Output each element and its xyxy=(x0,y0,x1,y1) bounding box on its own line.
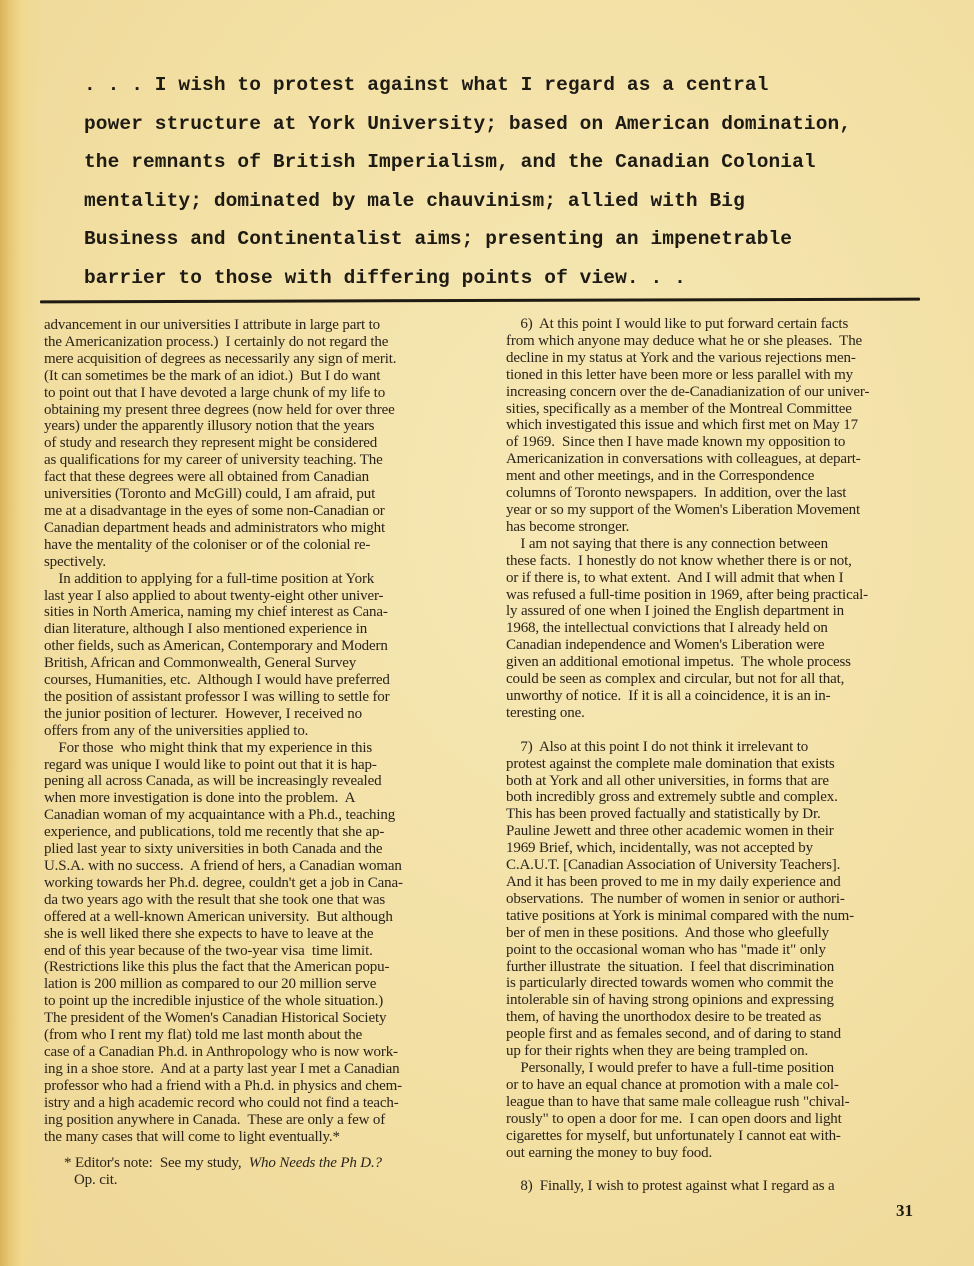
text-line: ing in a shoe store. And at a party last… xyxy=(44,1061,454,1078)
text-line: For those who might think that my experi… xyxy=(44,740,454,757)
text-line: Americanization in conversations with co… xyxy=(506,451,920,468)
text-line: Canadian department heads and administra… xyxy=(44,520,454,537)
footnote-line-1: * Editor's note: See my study, Who Needs… xyxy=(64,1155,454,1172)
text-line: courses, Humanities, etc. Although I wou… xyxy=(44,672,454,689)
text-line: of study and research they represent mig… xyxy=(44,435,454,452)
paragraph-7: 7) Also at this point I do not think it … xyxy=(506,739,920,1162)
paragraph-gap xyxy=(506,1161,920,1178)
text-line: to point up the incredible injustice of … xyxy=(44,993,454,1010)
text-line: of 1969. Since then I have made known my… xyxy=(506,434,920,451)
text-line: universities (Toronto and McGill) could,… xyxy=(44,486,454,503)
text-line: teresting one. xyxy=(506,705,920,722)
horizontal-rule-divider xyxy=(40,298,920,304)
paragraph-8: 8) Finally, I wish to protest against wh… xyxy=(506,1178,920,1195)
text-line: ber of men in these positions. And those… xyxy=(506,925,920,942)
text-line: have the mentality of the coloniser or o… xyxy=(44,537,454,554)
footnote-book-title: Who Needs the Ph D.? xyxy=(249,1155,382,1171)
text-line: when more investigation is done into the… xyxy=(44,790,454,807)
text-line: them, of having the unorthodox desire to… xyxy=(506,1009,920,1026)
text-line: rously" to open a door for me. I can ope… xyxy=(506,1111,920,1128)
footnote-line-2: Op. cit. xyxy=(64,1172,454,1189)
text-line: she is well liked there she expects to h… xyxy=(44,926,454,943)
text-line: pening all across Canada, as will be inc… xyxy=(44,773,454,790)
text-line: 6) At this point I would like to put for… xyxy=(506,316,920,333)
text-line: end of this year because of the two-year… xyxy=(44,943,454,960)
text-line: other fields, such as American, Contempo… xyxy=(44,638,454,655)
pull-quote-line: Business and Continentalist aims; presen… xyxy=(84,220,914,259)
text-line: U.S.A. with no success. A friend of hers… xyxy=(44,858,454,875)
left-column-body: advancement in our universities I attrib… xyxy=(44,317,454,1145)
text-line: out earning the money to buy food. xyxy=(506,1145,920,1162)
text-line: which investigated this issue and which … xyxy=(506,417,920,434)
text-line: or to have an equal chance at promotion … xyxy=(506,1077,920,1094)
text-line: unworthy of notice. If it is all a coinc… xyxy=(506,688,920,705)
text-line: me at a disadvantage in the eyes of some… xyxy=(44,503,454,520)
text-line: 1969 Brief, which, incidentally, was not… xyxy=(506,840,920,857)
text-line: (from who I rent my flat) told me last m… xyxy=(44,1027,454,1044)
text-line: (Restrictions like this plus the fact th… xyxy=(44,959,454,976)
text-line: cigarettes for myself, but unfortunately… xyxy=(506,1128,920,1145)
text-line: And it has been proved to me in my daily… xyxy=(506,874,920,891)
text-line: decline in my status at York and the var… xyxy=(506,350,920,367)
text-line: years) under the apparently illusory not… xyxy=(44,418,454,435)
text-line: C.A.U.T. [Canadian Association of Univer… xyxy=(506,857,920,874)
text-line: is particularly directed towards women w… xyxy=(506,975,920,992)
text-line: these facts. I honestly do not know whet… xyxy=(506,553,920,570)
text-line: dian literature, although I also mention… xyxy=(44,621,454,638)
text-line: last year I also applied to about twenty… xyxy=(44,588,454,605)
text-line: Canadian independence and Women's Libera… xyxy=(506,637,920,654)
text-line: the junior position of lecturer. However… xyxy=(44,706,454,723)
text-line: as qualifications for my career of unive… xyxy=(44,452,454,469)
text-line: has become stronger. xyxy=(506,519,920,536)
text-line: British, African and Commonwealth, Gener… xyxy=(44,655,454,672)
text-line: ly assured of one when I joined the Engl… xyxy=(506,603,920,620)
text-line: Canadian woman of my acquaintance with a… xyxy=(44,807,454,824)
text-line: sities in North America, naming my chief… xyxy=(44,604,454,621)
text-line: point to the occasional woman who has "m… xyxy=(506,942,920,959)
text-line: mere acquisition of degrees as necessari… xyxy=(44,351,454,368)
text-line: year or so my support of the Women's Lib… xyxy=(506,502,920,519)
text-line: columns of Toronto newspapers. In additi… xyxy=(506,485,920,502)
text-line: from which anyone may deduce what he or … xyxy=(506,333,920,350)
text-line: spectively. xyxy=(44,554,454,571)
text-line: offers from any of the universities appl… xyxy=(44,723,454,740)
text-line: This has been proved factually and stati… xyxy=(506,806,920,823)
text-line: league than to have that same male colle… xyxy=(506,1094,920,1111)
text-line: both incredibly gross and extremely subt… xyxy=(506,789,920,806)
text-line: tative positions at York is minimal comp… xyxy=(506,908,920,925)
text-line: professor who had a friend with a Ph.d. … xyxy=(44,1078,454,1095)
text-line: Personally, I would prefer to have a ful… xyxy=(506,1060,920,1077)
text-line: tioned in this letter have been more or … xyxy=(506,367,920,384)
text-line: da two years ago with the result that sh… xyxy=(44,892,454,909)
text-line: regard was unique I would like to point … xyxy=(44,757,454,774)
text-line: case of a Canadian Ph.d. in Anthropology… xyxy=(44,1044,454,1061)
pull-quote-line: . . . I wish to protest against what I r… xyxy=(84,66,914,105)
text-line: Pauline Jewett and three other academic … xyxy=(506,823,920,840)
text-line: ing position anywhere in Canada. These a… xyxy=(44,1112,454,1129)
pull-quote-line: mentality; dominated by male chauvinism;… xyxy=(84,182,914,221)
text-line: sities, specifically as a member of the … xyxy=(506,401,920,418)
text-line: In addition to applying for a full-time … xyxy=(44,571,454,588)
text-line: plied last year to sixty universities in… xyxy=(44,841,454,858)
page-number: 31 xyxy=(896,1201,913,1221)
text-line: 7) Also at this point I do not think it … xyxy=(506,739,920,756)
text-line: (It can sometimes be the mark of an idio… xyxy=(44,368,454,385)
text-line: given an additional emotional impetus. T… xyxy=(506,654,920,671)
text-line: istry and a high academic record who cou… xyxy=(44,1095,454,1112)
left-column: advancement in our universities I attrib… xyxy=(44,317,454,1189)
text-line: working towards her Ph.d. degree, couldn… xyxy=(44,875,454,892)
text-line: increasing concern over the de-Canadiani… xyxy=(506,384,920,401)
text-line: further illustrate the situation. I feel… xyxy=(506,959,920,976)
text-line: both at York and all other universities,… xyxy=(506,773,920,790)
text-line: advancement in our universities I attrib… xyxy=(44,317,454,334)
text-line: protest against the complete male domina… xyxy=(506,756,920,773)
text-line: to point out that I have devoted a large… xyxy=(44,385,454,402)
text-line: obtaining my present three degrees (now … xyxy=(44,402,454,419)
pull-quote: . . . I wish to protest against what I r… xyxy=(84,66,914,298)
text-line: I am not saying that there is any connec… xyxy=(506,536,920,553)
text-line: up for their rights when they are being … xyxy=(506,1043,920,1060)
text-line: lation is 200 million as compared to our… xyxy=(44,976,454,993)
text-line: intolerable sin of having strong opinion… xyxy=(506,992,920,1009)
text-line: or if there is, to what extent. And I wi… xyxy=(506,570,920,587)
text-line: the position of assistant professor I wa… xyxy=(44,689,454,706)
text-line: The president of the Women's Canadian Hi… xyxy=(44,1010,454,1027)
text-line: 1968, the intellectual convictions that … xyxy=(506,620,920,637)
pull-quote-line: power structure at York University; base… xyxy=(84,105,914,144)
text-line: ment and other meetings, and in the Corr… xyxy=(506,468,920,485)
pull-quote-line: barrier to those with differing points o… xyxy=(84,259,914,298)
text-line: people first and as females second, and … xyxy=(506,1026,920,1043)
text-line: the many cases that will come to light e… xyxy=(44,1129,454,1146)
paragraph-gap xyxy=(506,722,920,739)
paragraph-6: 6) At this point I would like to put for… xyxy=(506,316,920,722)
text-line: experience, and publications, told me re… xyxy=(44,824,454,841)
text-line: fact that these degrees were all obtaine… xyxy=(44,469,454,486)
text-line: offered at a well-known American univers… xyxy=(44,909,454,926)
editors-footnote: * Editor's note: See my study, Who Needs… xyxy=(44,1155,454,1189)
text-line: could be seen as complex and circular, b… xyxy=(506,671,920,688)
right-column: 6) At this point I would like to put for… xyxy=(506,316,920,1195)
text-line: observations. The number of women in sen… xyxy=(506,891,920,908)
text-line: was refused a full-time position in 1969… xyxy=(506,587,920,604)
text-line: 8) Finally, I wish to protest against wh… xyxy=(506,1178,920,1195)
text-line: the Americanization process.) I certainl… xyxy=(44,334,454,351)
pull-quote-line: the remnants of British Imperialism, and… xyxy=(84,143,914,182)
